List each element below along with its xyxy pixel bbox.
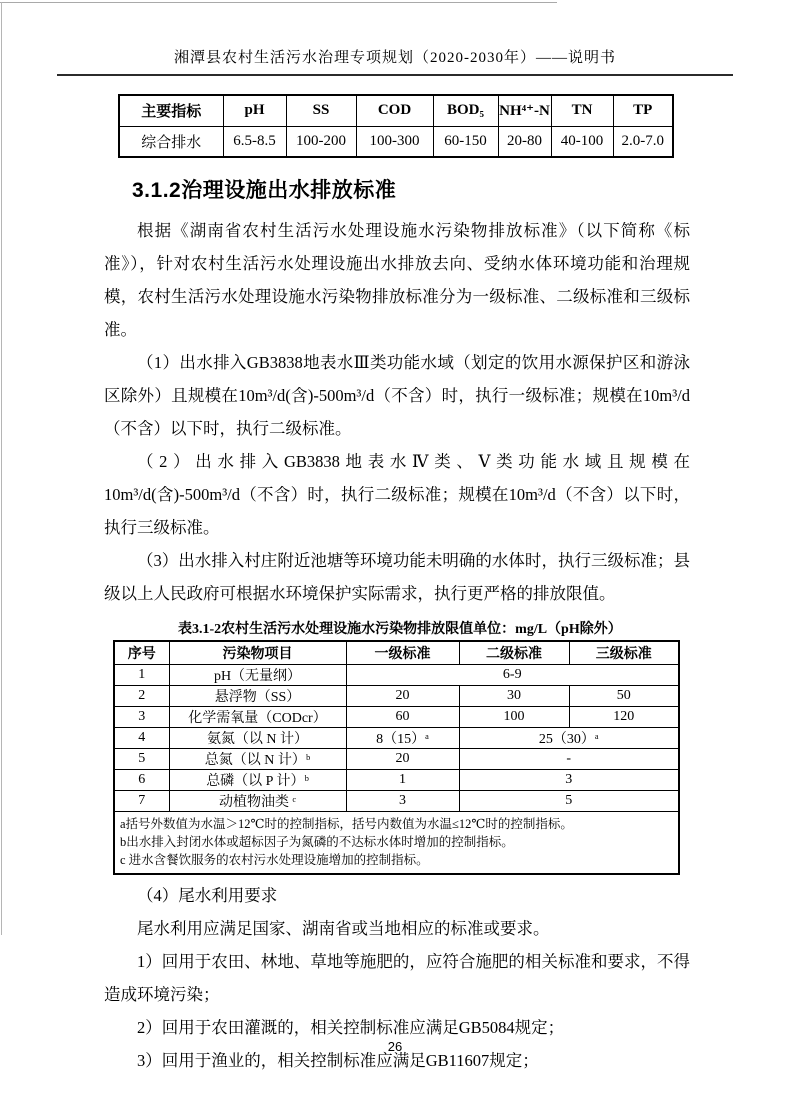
table2-cell: 20: [346, 748, 459, 769]
table2-cell: 100: [459, 706, 569, 727]
table2-header-cell: 一级标准: [346, 641, 459, 664]
table1-cell: 6.5-8.5: [223, 126, 286, 157]
table2-cell: 氨氮（以 N 计）: [169, 727, 346, 748]
page-edge-top: [0, 2, 557, 3]
table2-cell: 4: [114, 727, 169, 748]
table1-header-cell: NH⁴⁺-N: [498, 95, 551, 126]
table1-cell: 40-100: [551, 126, 613, 157]
table-row: 5 总氮（以 N 计）ᵇ 20 -: [114, 748, 679, 769]
table-header-row: 主要指标 pH SS COD BOD₅ NH⁴⁺-N TN TP: [119, 95, 673, 126]
paragraph-tailwater-item-1: 1）回用于农田、林地、草地等施肥的，应符合施肥的相关标准和要求，不得造成环境污染…: [104, 945, 690, 1011]
table1-cell: 100-300: [356, 126, 433, 157]
table2-cell: 60: [346, 706, 459, 727]
table-footnotes: a括号外数值为水温＞12℃时的控制指标，括号内数值为水温≤12℃时的控制指标。 …: [114, 811, 679, 874]
table-row: 3 化学需氧量（CODcr） 60 100 120: [114, 706, 679, 727]
table1-cell: 综合排水: [119, 126, 223, 157]
table1-cell: 20-80: [498, 126, 551, 157]
table2-cell: 3: [459, 769, 679, 790]
table2-cell: 50: [569, 685, 679, 706]
table-row: 4 氨氮（以 N 计） 8（15）ᵃ 25（30）ᵃ: [114, 727, 679, 748]
footnote-a: a括号外数值为水温＞12℃时的控制指标，括号内数值为水温≤12℃时的控制指标。: [120, 815, 673, 833]
table-row: 1 pH（无量纲） 6-9: [114, 664, 679, 685]
table2-cell: 1: [346, 769, 459, 790]
table2-cell: 悬浮物（SS）: [169, 685, 346, 706]
table2-cell: 2: [114, 685, 169, 706]
table1-cell: 60-150: [433, 126, 498, 157]
table1-cell: 100-200: [286, 126, 356, 157]
table-row: 2 悬浮物（SS） 20 30 50: [114, 685, 679, 706]
table2-cell: 1: [114, 664, 169, 685]
paragraph-intro: 根据《湖南省农村生活污水处理设施水污染物排放标准》（以下简称《标准》），针对农村…: [104, 214, 690, 346]
table2-cell: 3: [346, 790, 459, 811]
table-row: 7 动植物油类 ᶜ 3 5: [114, 790, 679, 811]
discharge-limit-table: 序号 污染物项目 一级标准 二级标准 三级标准 1 pH（无量纲） 6-9 2 …: [113, 640, 680, 875]
table-row: 综合排水 6.5-8.5 100-200 100-300 60-150 20-8…: [119, 126, 673, 157]
section-heading: 3.1.2治理设施出水排放标准: [132, 174, 690, 204]
table2-cell: 5: [459, 790, 679, 811]
table2-cell: 8（15）ᵃ: [346, 727, 459, 748]
table1-header-cell: pH: [223, 95, 286, 126]
table1-cell: 2.0-7.0: [613, 126, 673, 157]
paragraph-standard-1: （1）出水排入GB3838地表水Ⅲ类功能水域（划定的饮用水源保护区和游泳区除外）…: [104, 346, 690, 445]
footnote-b: b出水排入封闭水体或超标因子为氮磷的不达标水体时增加的控制指标。: [120, 833, 673, 851]
table2-cell: pH（无量纲）: [169, 664, 346, 685]
header-rule: [57, 74, 733, 76]
table2-header-cell: 二级标准: [459, 641, 569, 664]
footnote-c: c 进水含餐饮服务的农村污水处理设施增加的控制指标。: [120, 851, 673, 869]
page-edge-left: [1, 2, 2, 935]
table2-cell: 总氮（以 N 计）ᵇ: [169, 748, 346, 769]
table2-header-cell: 三级标准: [569, 641, 679, 664]
table2-cell: 化学需氧量（CODcr）: [169, 706, 346, 727]
table1-header-cell: COD: [356, 95, 433, 126]
document-header-title: 湘潭县农村生活污水治理专项规划（2020-2030年）——说明书: [0, 0, 790, 67]
table2-cell: 6: [114, 769, 169, 790]
table1-header-cell: TP: [613, 95, 673, 126]
table2-cell: 6-9: [346, 664, 679, 685]
table-caption: 表3.1-2农村生活污水处理设施水污染物排放限值单位：mg/L（pH除外）: [178, 618, 690, 638]
table2-cell: 20: [346, 685, 459, 706]
table1-header-cell: 主要指标: [119, 95, 223, 126]
table2-cell: 3: [114, 706, 169, 727]
table-row: 6 总磷（以 P 计）ᵇ 1 3: [114, 769, 679, 790]
table2-header-cell: 污染物项目: [169, 641, 346, 664]
table2-cell: 30: [459, 685, 569, 706]
paragraph-tailwater-title: （4）尾水利用要求: [104, 879, 690, 912]
table2-cell: 5: [114, 748, 169, 769]
table1-header-cell: BOD₅: [433, 95, 498, 126]
table2-cell: -: [459, 748, 679, 769]
paragraph-standard-2: （2）出水排入GB3838地表水Ⅳ类、Ⅴ类功能水域且规模在10m³/d(含)-5…: [104, 445, 690, 544]
table2-cell: 120: [569, 706, 679, 727]
paragraph-standard-3: （3）出水排入村庄附近池塘等环境功能未明确的水体时，执行三级标准；县级以上人民政…: [104, 544, 690, 610]
document-page: 湘潭县农村生活污水治理专项规划（2020-2030年）——说明书 主要指标 pH…: [0, 0, 790, 1118]
table2-header-cell: 序号: [114, 641, 169, 664]
table2-cell: 动植物油类 ᶜ: [169, 790, 346, 811]
page-number: 26: [0, 1039, 790, 1054]
table-header-row: 序号 污染物项目 一级标准 二级标准 三级标准: [114, 641, 679, 664]
table2-cell: 25（30）ᵃ: [459, 727, 679, 748]
page-content: 主要指标 pH SS COD BOD₅ NH⁴⁺-N TN TP 综合排水 6.…: [0, 94, 790, 1077]
table1-header-cell: SS: [286, 95, 356, 126]
indicator-summary-table: 主要指标 pH SS COD BOD₅ NH⁴⁺-N TN TP 综合排水 6.…: [118, 94, 674, 158]
table1-header-cell: TN: [551, 95, 613, 126]
paragraph-tailwater-intro: 尾水利用应满足国家、湖南省或当地相应的标准或要求。: [104, 912, 690, 945]
table2-cell: 7: [114, 790, 169, 811]
table-footnote-row: a括号外数值为水温＞12℃时的控制指标，括号内数值为水温≤12℃时的控制指标。 …: [114, 811, 679, 874]
table2-cell: 总磷（以 P 计）ᵇ: [169, 769, 346, 790]
